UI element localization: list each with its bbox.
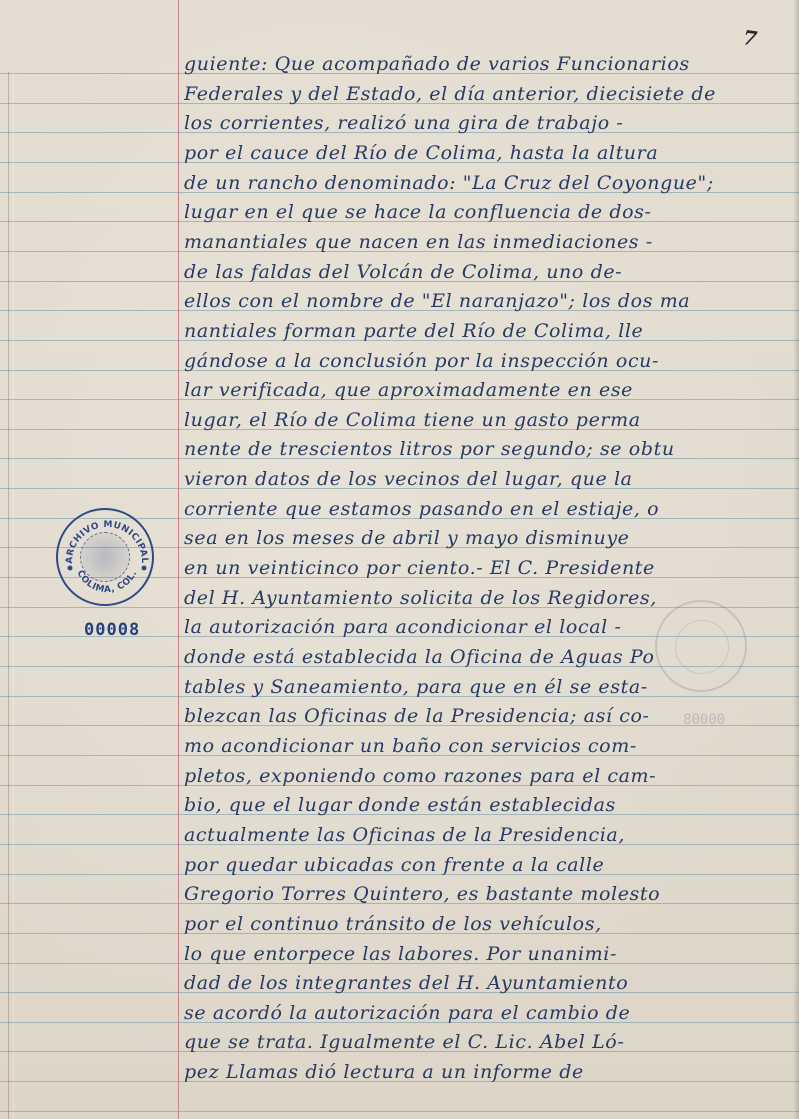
ledger-page: 7 00008 guiente: Que acompañado de vario… [0, 0, 799, 1119]
ruled-line [0, 1111, 799, 1112]
archive-stamp: ARCHIVO MUNICIPAL COLIMA, COL. [56, 508, 154, 606]
handwritten-line: pez Llamas dió lectura a un informe de [184, 1061, 792, 1083]
handwritten-line: lugar en el que se hace la confluencia d… [184, 201, 792, 223]
handwritten-line: nente de trescientos litros por segundo;… [184, 438, 792, 460]
handwritten-line: corriente que estamos pasando en el esti… [184, 498, 792, 520]
handwritten-line: tables y Saneamiento, para que en él se … [184, 676, 792, 698]
stamp-bottom-text: COLIMA, COL. [75, 569, 140, 595]
handwritten-line: nantiales forman parte del Río de Colima… [184, 320, 792, 342]
handwritten-line: Gregorio Torres Quintero, es bastante mo… [184, 883, 792, 905]
handwritten-line: que se trata. Igualmente el C. Lic. Abel… [184, 1031, 792, 1053]
handwritten-line: gándose a la conclusión por la inspecció… [184, 350, 792, 372]
stamp-top-text: ARCHIVO MUNICIPAL [65, 520, 149, 564]
handwritten-line: lo que entorpece las labores. Por unanim… [184, 943, 792, 965]
handwritten-line: se acordó la autorización para el cambio… [184, 1002, 792, 1024]
svg-text:COLIMA, COL.: COLIMA, COL. [75, 569, 140, 595]
handwritten-line: en un veinticinco por ciento.- El C. Pre… [184, 557, 792, 579]
handwritten-line: mo acondicionar un baño con servicios co… [184, 735, 792, 757]
handwritten-line: la autorización para acondicionar el loc… [184, 616, 792, 638]
handwritten-line: vieron datos de los vecinos del lugar, q… [184, 468, 792, 490]
handwritten-line: lugar, el Río de Colima tiene un gasto p… [184, 409, 792, 431]
handwritten-line: del H. Ayuntamiento solicita de los Regi… [184, 587, 792, 609]
handwritten-line: donde está establecida la Oficina de Agu… [184, 646, 792, 668]
handwritten-line: los corrientes, realizó una gira de trab… [184, 112, 792, 134]
handwritten-line: dad de los integrantes del H. Ayuntamien… [184, 972, 792, 994]
handwritten-line: manantiales que nacen en las inmediacion… [184, 231, 792, 253]
handwritten-line: por el continuo tránsito de los vehículo… [184, 913, 792, 935]
handwritten-line: pletos, exponiendo como razones para el … [184, 765, 792, 787]
handwritten-line: actualmente las Oficinas de la Presidenc… [184, 824, 792, 846]
svg-text:ARCHIVO MUNICIPAL: ARCHIVO MUNICIPAL [65, 520, 149, 564]
page-edge-shadow [793, 0, 799, 1119]
handwritten-line: de las faldas del Volcán de Colima, uno … [184, 261, 792, 283]
stamp-star-left-icon [68, 566, 73, 571]
handwritten-line: ellos con el nombre de "El naranjazo"; l… [184, 290, 792, 312]
stamp-star-right-icon [142, 566, 147, 571]
stamp-lettering: ARCHIVO MUNICIPAL COLIMA, COL. [58, 510, 156, 608]
handwritten-line: por el cauce del Río de Colima, hasta la… [184, 142, 792, 164]
handwritten-line: blezcan las Oficinas de la Presidencia; … [184, 705, 792, 727]
handwritten-line: bio, que el lugar donde están establecid… [184, 794, 792, 816]
handwritten-line: lar verificada, que aproximadamente en e… [184, 379, 792, 401]
handwritten-line: de un rancho denominado: "La Cruz del Co… [184, 172, 792, 194]
handwritten-line: por quedar ubicadas con frente a la call… [184, 854, 792, 876]
handwritten-line: Federales y del Estado, el día anterior,… [184, 83, 792, 105]
folio-number: 00008 [84, 620, 140, 640]
handwritten-line: guiente: Que acompañado de varios Funcio… [184, 53, 792, 75]
red-margin-line [178, 0, 179, 1119]
handwritten-line: sea en los meses de abril y mayo disminu… [184, 527, 792, 549]
